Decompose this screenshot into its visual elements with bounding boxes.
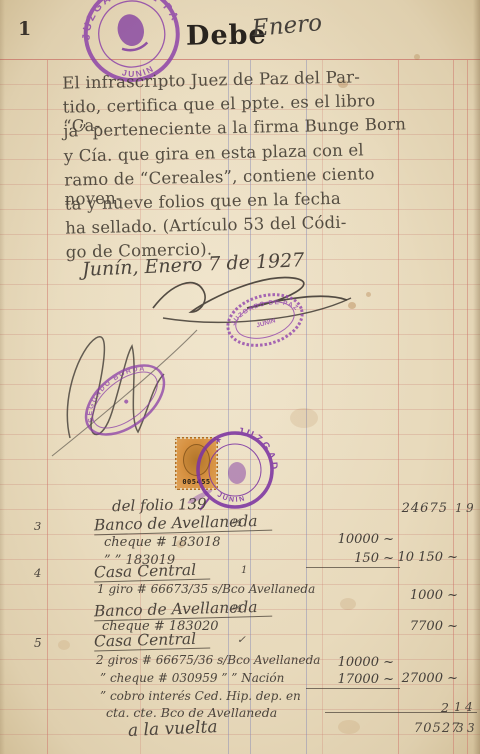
header-rule <box>0 59 480 60</box>
carry-forward-amount: 24675 <box>396 501 448 516</box>
row-total: 10 150 ~ <box>396 550 458 565</box>
seal-emblem-icon <box>228 462 246 484</box>
foxing-spot <box>290 408 318 428</box>
grand-total-cents: 3 <box>456 721 464 735</box>
partial-amount: 17000 ~ <box>306 672 394 687</box>
grand-total: 70527 <box>414 721 460 736</box>
entry-detail: ” cobro interés Ced. Hip. dep. en <box>100 689 301 703</box>
entry-detail: cheque # 183018 <box>104 535 221 550</box>
day-number: 4 <box>34 566 41 580</box>
foxing-spot <box>366 292 371 297</box>
interest-cents: 4 <box>465 700 473 714</box>
notary-oval-stamp: SEGUNDO BORDA <box>66 352 184 448</box>
entry-detail: ” cheque # 030959 ” ” Nación <box>100 671 284 685</box>
page-edge-left <box>0 0 5 754</box>
carried-forward-label: a la vuelta <box>128 717 218 741</box>
month-heading: Enero <box>251 10 323 42</box>
grand-total-cents: 3 <box>467 721 475 735</box>
star-icon: ★ <box>214 435 222 445</box>
foxing-spot <box>338 720 360 734</box>
row-total: 1000 ~ <box>396 588 458 603</box>
certificate-text: El infrascripto Juez de Paz del Par- tid… <box>62 66 411 267</box>
carry-forward-cents: 1 <box>455 501 463 515</box>
cents-col-rule-2 <box>467 60 468 754</box>
foxing-spot <box>340 598 356 610</box>
coat-of-arms-icon <box>114 11 147 48</box>
partial-amount: 150 ~ <box>306 551 394 566</box>
account-title: Casa Central <box>94 629 211 651</box>
interest-cents: 1 <box>454 700 462 714</box>
folio-ref: ½ <box>232 603 242 615</box>
carry-forward-label: del folio 139 <box>112 495 207 515</box>
check-mark: ✓ <box>237 634 246 646</box>
page-edge-right <box>473 0 480 754</box>
carry-forward-cents: 9 <box>466 501 474 515</box>
foxing-spot <box>414 54 420 60</box>
day-number: 3 <box>34 519 41 533</box>
svg-text:JUNIN: JUNIN <box>216 491 247 504</box>
ledger-page-scan: 1 Debe Enero JUZGADO DE PAZ JUNIN El inf… <box>0 0 480 754</box>
interest-amount: 2 <box>441 700 449 715</box>
entry-detail: 1 giro # 66673/35 s/Bco Avellaneda <box>97 582 315 596</box>
svg-text:JUNIN: JUNIN <box>256 317 277 329</box>
day-number: 5 <box>34 636 42 650</box>
partial-amount: 10000 ~ <box>306 532 394 547</box>
subtotal-rule <box>306 567 400 568</box>
folio-ref: 1 <box>241 565 247 576</box>
partial-amount: 10000 ~ <box>306 655 394 670</box>
foxing-spot <box>58 640 70 650</box>
cents-col-rule-1 <box>453 60 454 754</box>
subtotal-rule <box>306 688 400 689</box>
account-title: Casa Central <box>94 560 211 582</box>
entry-detail: 2 giros # 66675/36 s/Bco Avellaneda <box>96 653 320 667</box>
row-total: 27000 ~ <box>396 671 458 686</box>
page-number: 1 <box>18 18 31 40</box>
row-total: 7700 ~ <box>396 619 458 634</box>
folio-ref: ½ <box>232 517 242 529</box>
